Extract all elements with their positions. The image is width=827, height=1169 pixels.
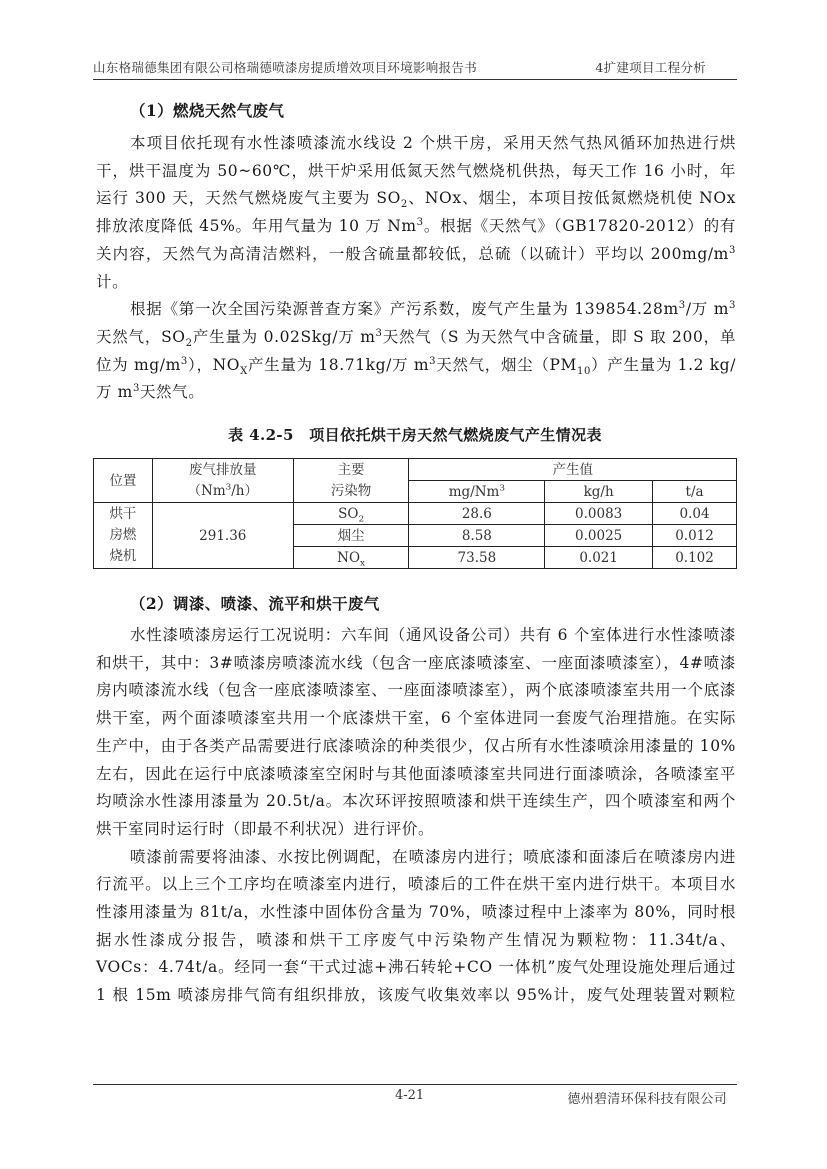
- cell-ta: 0.012: [653, 525, 737, 547]
- cell-kgh: 0.0025: [545, 525, 653, 547]
- footer-company: 德州碧清环保科技有限公司: [567, 1088, 727, 1107]
- paragraph-operation: 水性漆喷漆房运行工况说明：六车间（通风设备公司）共有 6 个室体进行水性漆喷漆和…: [96, 622, 736, 844]
- section1-heading: （1）燃烧天然气废气: [130, 99, 284, 121]
- header-divider: [93, 79, 737, 80]
- header-emission: 废气排放量（Nm3/h）: [152, 459, 293, 503]
- section-title: 4扩建项目工程分析: [595, 58, 706, 76]
- cell-mg: 73.58: [409, 547, 545, 569]
- section2-body: 水性漆喷漆房运行工况说明：六车间（通风设备公司）共有 6 个室体进行水性漆喷漆和…: [96, 622, 736, 1010]
- cell-mg: 28.6: [409, 503, 545, 525]
- cell-pollutant: 烟尘: [293, 525, 409, 547]
- paragraph-emission-factors: 根据《第一次全国污染源普查方案》产污系数，废气产生量为 139854.28m3/…: [96, 296, 736, 407]
- table-caption: 表 4.2-5 项目依托烘干房天然气燃烧废气产生情况表: [93, 424, 737, 445]
- cell-ta: 0.102: [653, 547, 737, 569]
- cell-pollutant: SO2: [293, 503, 409, 525]
- page-header: 山东格瑞德集团有限公司格瑞德喷漆房提质增效项目环境影响报告书 4扩建项目工程分析: [93, 56, 736, 76]
- page-number: 4-21: [395, 1088, 424, 1103]
- table-row: 烘干房燃烧机 291.36 SO2 28.6 0.0083 0.04: [94, 503, 737, 525]
- emission-table: 位置 废气排放量（Nm3/h） 主要污染物 产生值 mg/Nm3 kg/h t/…: [93, 458, 737, 569]
- table-header-row: 位置 废气排放量（Nm3/h） 主要污染物 产生值: [94, 459, 737, 481]
- cell-emission: 291.36: [152, 503, 293, 569]
- paragraph-natural-gas: 本项目依托现有水性漆喷漆流水线设 2 个烘干房，采用天然气热风循环加热进行烘干，…: [96, 130, 736, 296]
- header-unit-kgh: kg/h: [545, 481, 653, 503]
- header-value-group: 产生值: [409, 459, 737, 481]
- header-pollutant: 主要污染物: [293, 459, 409, 503]
- header-unit-mg: mg/Nm3: [409, 481, 545, 503]
- cell-kgh: 0.021: [545, 547, 653, 569]
- cell-pollutant: NOx: [293, 547, 409, 569]
- cell-mg: 8.58: [409, 525, 545, 547]
- header-location: 位置: [94, 459, 153, 503]
- cell-ta: 0.04: [653, 503, 737, 525]
- header-unit-ta: t/a: [653, 481, 737, 503]
- section1-body: 本项目依托现有水性漆喷漆流水线设 2 个烘干房，采用天然气热风循环加热进行烘干，…: [96, 130, 736, 407]
- paragraph-process: 喷漆前需要将油漆、水按比例调配，在喷漆房内进行；喷底漆和面漆后在喷漆房内进行流平…: [96, 844, 736, 1010]
- cell-kgh: 0.0083: [545, 503, 653, 525]
- section2-heading: （2）调漆、喷漆、流平和烘干废气: [130, 592, 380, 614]
- document-title: 山东格瑞德集团有限公司格瑞德喷漆房提质增效项目环境影响报告书: [93, 58, 477, 76]
- cell-location: 烘干房燃烧机: [94, 503, 153, 569]
- footer-divider: [93, 1084, 737, 1085]
